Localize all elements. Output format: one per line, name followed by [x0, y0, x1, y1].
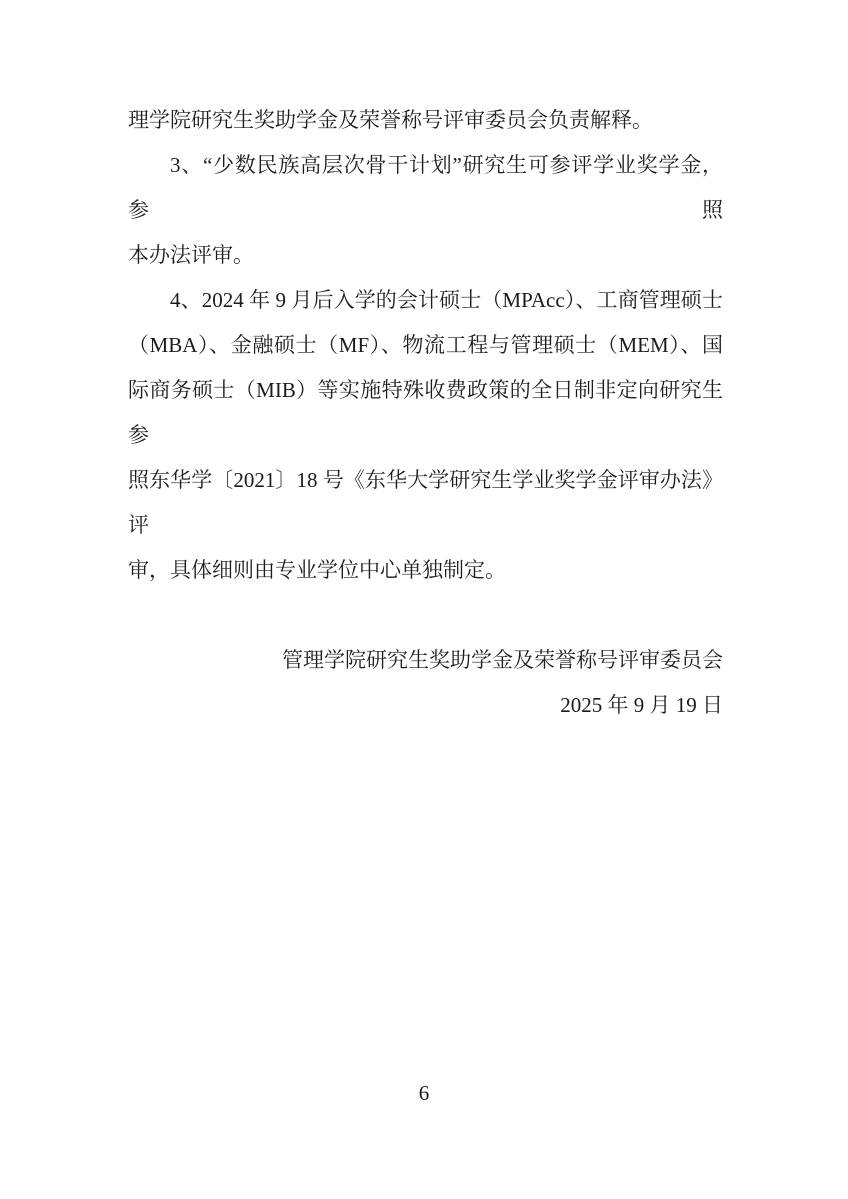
para-item-4: 4、2024 年 9 月后入学的会计硕士（MPAcc）、工商管理硕士（MBA）、…: [128, 278, 723, 593]
page-number: 6: [419, 1081, 430, 1105]
para-continuation: 理学院研究生奖助学金及荣誉称号评审委员会负责解释。: [128, 98, 723, 143]
text-line: 4、2024 年 9 月后入学的会计硕士（MPAcc）、工商管理硕士: [128, 278, 723, 323]
signature-date: 2025 年 9 月 19 日: [128, 683, 723, 728]
page-footer: 6: [0, 1078, 848, 1108]
signature-block: 管理学院研究生奖助学金及荣誉称号评审委员会 2025 年 9 月 19 日: [128, 638, 723, 728]
text-line: 理学院研究生奖助学金及荣誉称号评审委员会负责解释。: [128, 98, 723, 143]
para-item-3: 3、“少数民族高层次骨干计划”研究生可参评学业奖学金，参照本办法评审。: [128, 143, 723, 278]
document-body: 理学院研究生奖助学金及荣誉称号评审委员会负责解释。3、“少数民族高层次骨干计划”…: [128, 98, 723, 728]
text-line: 本办法评审。: [128, 233, 723, 278]
paragraphs: 理学院研究生奖助学金及荣誉称号评审委员会负责解释。3、“少数民族高层次骨干计划”…: [128, 98, 723, 593]
text-line: 照东华学〔2021〕18 号《东华大学研究生学业奖学金评审办法》评: [128, 458, 723, 548]
signature-org: 管理学院研究生奖助学金及荣誉称号评审委员会: [128, 638, 723, 683]
text-line: 审，具体细则由专业学位中心单独制定。: [128, 548, 723, 593]
text-line: 际商务硕士（MIB）等实施特殊收费政策的全日制非定向研究生参: [128, 368, 723, 458]
text-line: 3、“少数民族高层次骨干计划”研究生可参评学业奖学金，参照: [128, 143, 723, 233]
text-line: （MBA）、金融硕士（MF）、物流工程与管理硕士（MEM）、国: [128, 323, 723, 368]
document-page: 理学院研究生奖助学金及荣誉称号评审委员会负责解释。3、“少数民族高层次骨干计划”…: [0, 0, 848, 1199]
